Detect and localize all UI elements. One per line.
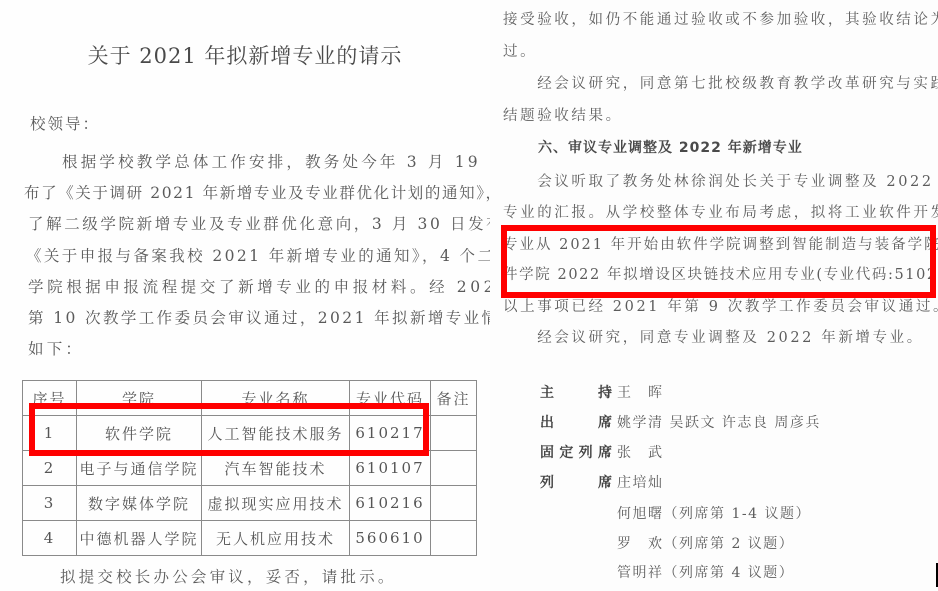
column-header: 序号 — [23, 381, 77, 416]
left-document-page: 关于 2021 年拟新增专业的请示 校领导： 根据学校教学总体工作安排，教务处今… — [0, 0, 490, 591]
paragraph-line: 第 10 次教学工作委员会审议通过，2021 年拟新增专业情况 — [28, 306, 517, 328]
table-cell — [431, 416, 477, 451]
attendance-label-present: 出席： — [540, 412, 612, 432]
table-cell: 电子与通信学院 — [77, 451, 202, 486]
table-cell: 汽车智能技术 — [202, 451, 350, 486]
table-cell: 数字媒体学院 — [77, 486, 202, 521]
table-cell: 610217 — [350, 416, 431, 451]
paragraph-line: 布了《关于调研 2021 年新增专业及专业群优化计划的通知》， — [24, 181, 503, 203]
paragraph-line: 《关于申报与备案我校 2021 年新增专业的通知》，4 个二级 — [26, 244, 513, 266]
table-cell: 610107 — [350, 451, 431, 486]
table-cell: 610216 — [350, 486, 431, 521]
paragraph-line: 根据学校教学总体工作安排，教务处今年 3 月 19 日发 — [62, 150, 526, 172]
attendance-value-observer: 庄培灿 — [617, 472, 664, 492]
paragraph-line: 如下： — [28, 337, 84, 359]
attendance-label-observer: 列席： — [540, 472, 612, 492]
attendance-value-host: 王 晖 — [617, 382, 664, 402]
table-cell: 人工智能技术服务 — [202, 416, 350, 451]
attendance-value-observer: 罗 欢（列席第 2 议题） — [617, 533, 794, 553]
table-row: 1 软件学院 人工智能技术服务 610217 — [23, 416, 477, 451]
table-cell — [431, 486, 477, 521]
table-cell: 中德机器人学院 — [77, 521, 202, 556]
minutes-line: 以上事项已经 2021 年第 9 次教学工作委员会审议通过。 — [503, 295, 938, 316]
salutation: 校领导： — [30, 112, 100, 134]
document-title: 关于 2021 年拟新增专业的请示 — [0, 40, 490, 70]
table-cell: 2 — [23, 451, 77, 486]
paragraph-line: 学院根据申报流程提交了新增专业的申报材料。经 2020 年 — [28, 275, 538, 297]
paragraph-line: 了解二级学院新增专业及专业群优化意向，3 月 30 日发布了 — [28, 212, 522, 234]
table-cell — [431, 451, 477, 486]
minutes-line: 专业从 2021 年开始由软件学院调整到智能制造与装备学院，软 — [503, 233, 938, 254]
attendance-label-host: 主持： — [540, 382, 612, 402]
minutes-line: 接受验收，如仍不能通过验收或不参加验收，其验收结论为不通 — [503, 8, 938, 29]
table-cell — [431, 521, 477, 556]
closing-line: 拟提交校长办公会审议，妥否，请批示。 — [60, 565, 397, 587]
column-header: 备注 — [431, 381, 477, 416]
table-header-row: 序号 学院 专业名称 专业代码 备注 — [23, 381, 477, 416]
table-cell: 虚拟现实应用技术 — [202, 486, 350, 521]
table-cell: 1 — [23, 416, 77, 451]
table-cell: 4 — [23, 521, 77, 556]
table-cell: 软件学院 — [77, 416, 202, 451]
column-header: 专业名称 — [202, 381, 350, 416]
attendance-value-observer: 管明祥（列席第 4 议题） — [617, 562, 794, 582]
table-cell: 无人机应用技术 — [202, 521, 350, 556]
new-majors-table: 序号 学院 专业名称 专业代码 备注 1 软件学院 人工智能技术服务 61021… — [22, 380, 477, 556]
table-row: 3 数字媒体学院 虚拟现实应用技术 610216 — [23, 486, 477, 521]
attendance-label-fixed-observer: 固定列席： — [540, 442, 612, 462]
section-heading: 六、审议专业调整及 2022 年新增专业 — [538, 137, 803, 157]
minutes-line: 经会议研究，同意专业调整及 2022 年新增专业。 — [503, 326, 924, 347]
table-cell: 560610 — [350, 521, 431, 556]
table-row: 2 电子与通信学院 汽车智能技术 610107 — [23, 451, 477, 486]
attendance-value-fixed-observer: 张 武 — [617, 442, 664, 462]
table-row: 4 中德机器人学院 无人机应用技术 560610 — [23, 521, 477, 556]
attendance-value-observer: 何旭曙（列席第 1-4 议题） — [617, 503, 811, 523]
attendance-value-present: 姚学清 吴跃文 许志良 周彦兵 — [617, 412, 821, 432]
minutes-line: 过。 — [503, 40, 537, 61]
column-header: 学院 — [77, 381, 202, 416]
column-header: 专业代码 — [350, 381, 431, 416]
table-cell: 3 — [23, 486, 77, 521]
minutes-line: 件学院 2022 年拟增设区块链技术应用专业(专业代码:510212)， — [503, 263, 938, 284]
minutes-line: 会议听取了教务处林徐润处长关于专业调整及 2022 年新增 — [503, 170, 938, 191]
minutes-line: 结题验收结果。 — [503, 104, 623, 125]
minutes-line: 专业的汇报。从学校整体专业布局考虑，拟将工业软件开发技术 — [503, 201, 938, 222]
minutes-line: 经会议研究，同意第七批校级教育教学改革研究与实践项目 — [503, 72, 938, 93]
